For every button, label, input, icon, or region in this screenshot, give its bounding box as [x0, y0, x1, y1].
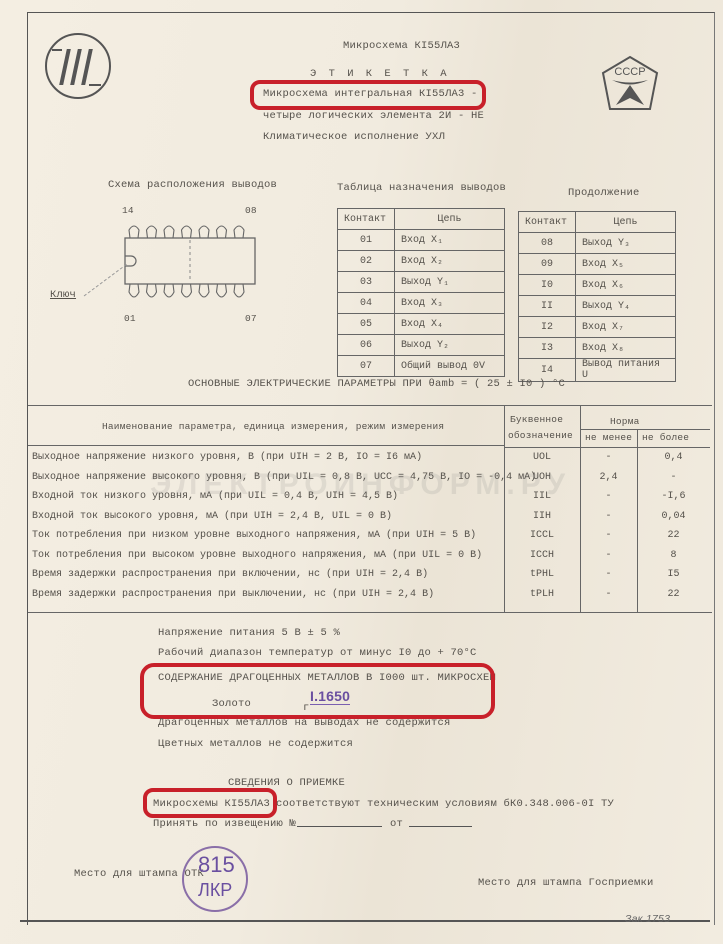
param-min: -	[580, 511, 637, 522]
pin-number: 07	[338, 356, 395, 377]
params-top-rule	[28, 405, 712, 406]
param-max: 22	[637, 530, 710, 541]
key-label: Ключ	[50, 289, 76, 301]
pin-circuit: Вывод питания U	[576, 359, 676, 382]
pin-circuit: Вход X₂	[395, 251, 505, 272]
temp-range: Рабочий диапазон температур от минус I0 …	[158, 647, 477, 659]
dip14-chip-diagram	[120, 218, 260, 308]
pin-number: I0	[519, 275, 576, 296]
param-min: -	[580, 452, 637, 463]
param-min: -	[580, 491, 637, 502]
col-divider-2	[580, 405, 581, 612]
params-col-max: не более	[642, 432, 689, 443]
pin-row: I2 Вход X₇	[519, 317, 676, 338]
svg-text:СССР: СССР	[614, 66, 645, 78]
label-title: Э Т И К Е Т К А	[310, 68, 450, 80]
params-title: ОСНОВНЫЕ ЭЛЕКТРИЧЕСКИЕ ПАРАМЕТРЫ ПРИ θam…	[188, 378, 565, 390]
pin-table-title: Таблица назначения выводов	[337, 182, 506, 194]
pin-circuit: Вход X₃	[395, 293, 505, 314]
param-symbol: ICCH	[504, 550, 580, 561]
pin-circuit: Выход Y₄	[576, 296, 676, 317]
acceptance-compliance: соответствуют техническим условиям бК0.3…	[276, 798, 614, 810]
no-precious-pins: Драгоценных металлов на выводах не содер…	[158, 717, 451, 729]
param-name: Время задержки распространения при включ…	[32, 569, 428, 580]
param-symbol: IIH	[504, 511, 580, 522]
param-name: Ток потребления при высоком уровне выход…	[32, 550, 482, 561]
pin-circuit: Вход X₁	[395, 230, 505, 251]
param-name: Входной ток высокого уровня, мА (при UIH…	[32, 511, 392, 522]
pin-row: I3 Вход X₈	[519, 338, 676, 359]
col-divider-1	[504, 405, 505, 612]
pin-circuit: Выход Y₃	[576, 233, 676, 254]
notice-number-field[interactable]	[297, 826, 382, 827]
param-name: Время задержки распространения при выклю…	[32, 589, 434, 600]
param-symbol: tPHL	[504, 569, 580, 580]
col-contact: Контакт	[338, 209, 395, 230]
pin-circuit: Вход X₄	[395, 314, 505, 335]
stamp-text: ЛКР	[198, 880, 232, 901]
accepted-by-label: Принять по извещению №	[153, 818, 296, 830]
param-max: -I,6	[637, 491, 710, 502]
params-col-name: Наименование параметра, единица измерени…	[102, 421, 444, 432]
pin-circuit: Вход X₇	[576, 317, 676, 338]
from-label: от	[390, 818, 403, 830]
col-contact: Контакт	[519, 212, 576, 233]
pin-number: I2	[519, 317, 576, 338]
no-nonferrous: Цветных металлов не содержится	[158, 738, 353, 750]
col-circuit: Цепь	[576, 212, 676, 233]
params-col-symbol2: обозначение	[508, 430, 573, 441]
pin-row: 09 Вход X₅	[519, 254, 676, 275]
chip-name: Микросхема КI55ЛА3	[343, 40, 460, 52]
params-col-symbol1: Буквенное	[510, 414, 563, 425]
pin-circuit: Вход X₆	[576, 275, 676, 296]
pin-row: 05 Вход X₄	[338, 314, 505, 335]
param-symbol: ICCL	[504, 530, 580, 541]
gospriemka-stamp-place: Место для штампа Госприемки	[478, 877, 654, 889]
pin-number: 09	[519, 254, 576, 275]
norm-header-rule	[504, 447, 710, 448]
pin-row: 08 Выход Y₃	[519, 233, 676, 254]
pinout-title: Схема расположения выводов	[108, 179, 277, 191]
pin-number: 01	[338, 230, 395, 251]
params-bottom-rule	[28, 612, 712, 613]
factory-emblem-icon	[45, 33, 111, 99]
pin-number: 03	[338, 272, 395, 293]
pin-row: 02 Вход X₂	[338, 251, 505, 272]
pin-number: 08	[519, 233, 576, 254]
highlight-description	[250, 80, 486, 110]
pin-table-right: КонтактЦепь 08 Выход Y₃09 Вход X₅I0 Вход…	[518, 211, 676, 382]
pin-table-continuation: Продолжение	[568, 187, 640, 199]
climate-version: Климатическое исполнение УХЛ	[263, 131, 445, 143]
param-name: Выходное напряжение низкого уровня, В (п…	[32, 452, 422, 463]
pin-label-01: 01	[124, 313, 136, 324]
param-max: I5	[637, 569, 710, 580]
pin-circuit: Выход Y₁	[395, 272, 505, 293]
param-symbol: UOL	[504, 452, 580, 463]
pin-label-14: 14	[122, 205, 134, 216]
param-min: 2,4	[580, 472, 637, 483]
pin-row: 03 Выход Y₁	[338, 272, 505, 293]
param-max: 8	[637, 550, 710, 561]
ussr-quality-mark-icon: СССР	[600, 55, 660, 113]
pin-circuit: Вход X₅	[576, 254, 676, 275]
param-max: -	[637, 472, 710, 483]
pin-number: 02	[338, 251, 395, 272]
params-header-rule	[28, 445, 504, 446]
pin-circuit: Общий вывод 0V	[395, 356, 505, 377]
order-number: Зак 1753	[625, 913, 670, 925]
supply-voltage: Напряжение питания 5 В ± 5 %	[158, 627, 340, 639]
notice-date-field[interactable]	[409, 826, 472, 827]
norm-subheader-rule	[580, 429, 710, 430]
pin-label-07: 07	[245, 313, 257, 324]
pin-row: 04 Вход X₃	[338, 293, 505, 314]
col-circuit: Цепь	[395, 209, 505, 230]
param-min: -	[580, 569, 637, 580]
param-max: 0,4	[637, 452, 710, 463]
param-name: Ток потребления при низком уровне выходн…	[32, 530, 476, 541]
pin-number: II	[519, 296, 576, 317]
stamp-number: 815	[198, 852, 235, 878]
pin-row: 01 Вход X₁	[338, 230, 505, 251]
param-min: -	[580, 589, 637, 600]
params-col-min: не менее	[585, 432, 632, 443]
pin-table-left: КонтактЦепь 01 Вход X₁02 Вход X₂03 Выход…	[337, 208, 505, 377]
pin-circuit: Вход X₈	[576, 338, 676, 359]
description-line2: четыре логических элемента 2И - НЕ	[263, 110, 484, 122]
pin-row: 07 Общий вывод 0V	[338, 356, 505, 377]
params-col-norm: Норма	[610, 416, 640, 427]
param-min: -	[580, 550, 637, 561]
pin-number: I3	[519, 338, 576, 359]
param-symbol: tPLH	[504, 589, 580, 600]
otk-stamp: 815 ЛКР	[182, 846, 248, 912]
pin-number: 04	[338, 293, 395, 314]
pin-number: 06	[338, 335, 395, 356]
pin-row: II Выход Y₄	[519, 296, 676, 317]
pin-number: 05	[338, 314, 395, 335]
pin-label-08: 08	[245, 205, 257, 216]
key-leader-line	[82, 260, 132, 300]
pin-row: I0 Вход X₆	[519, 275, 676, 296]
param-min: -	[580, 530, 637, 541]
watermark: ЭЛЕКТРОИНФОРМ.РУ	[150, 468, 571, 502]
pin-row: 06 Выход Y₂	[338, 335, 505, 356]
bottom-border	[20, 920, 710, 922]
pin-circuit: Выход Y₂	[395, 335, 505, 356]
highlight-chip-ref	[143, 788, 277, 818]
param-max: 0,04	[637, 511, 710, 522]
param-max: 22	[637, 589, 710, 600]
highlight-precious-metals	[140, 663, 495, 719]
